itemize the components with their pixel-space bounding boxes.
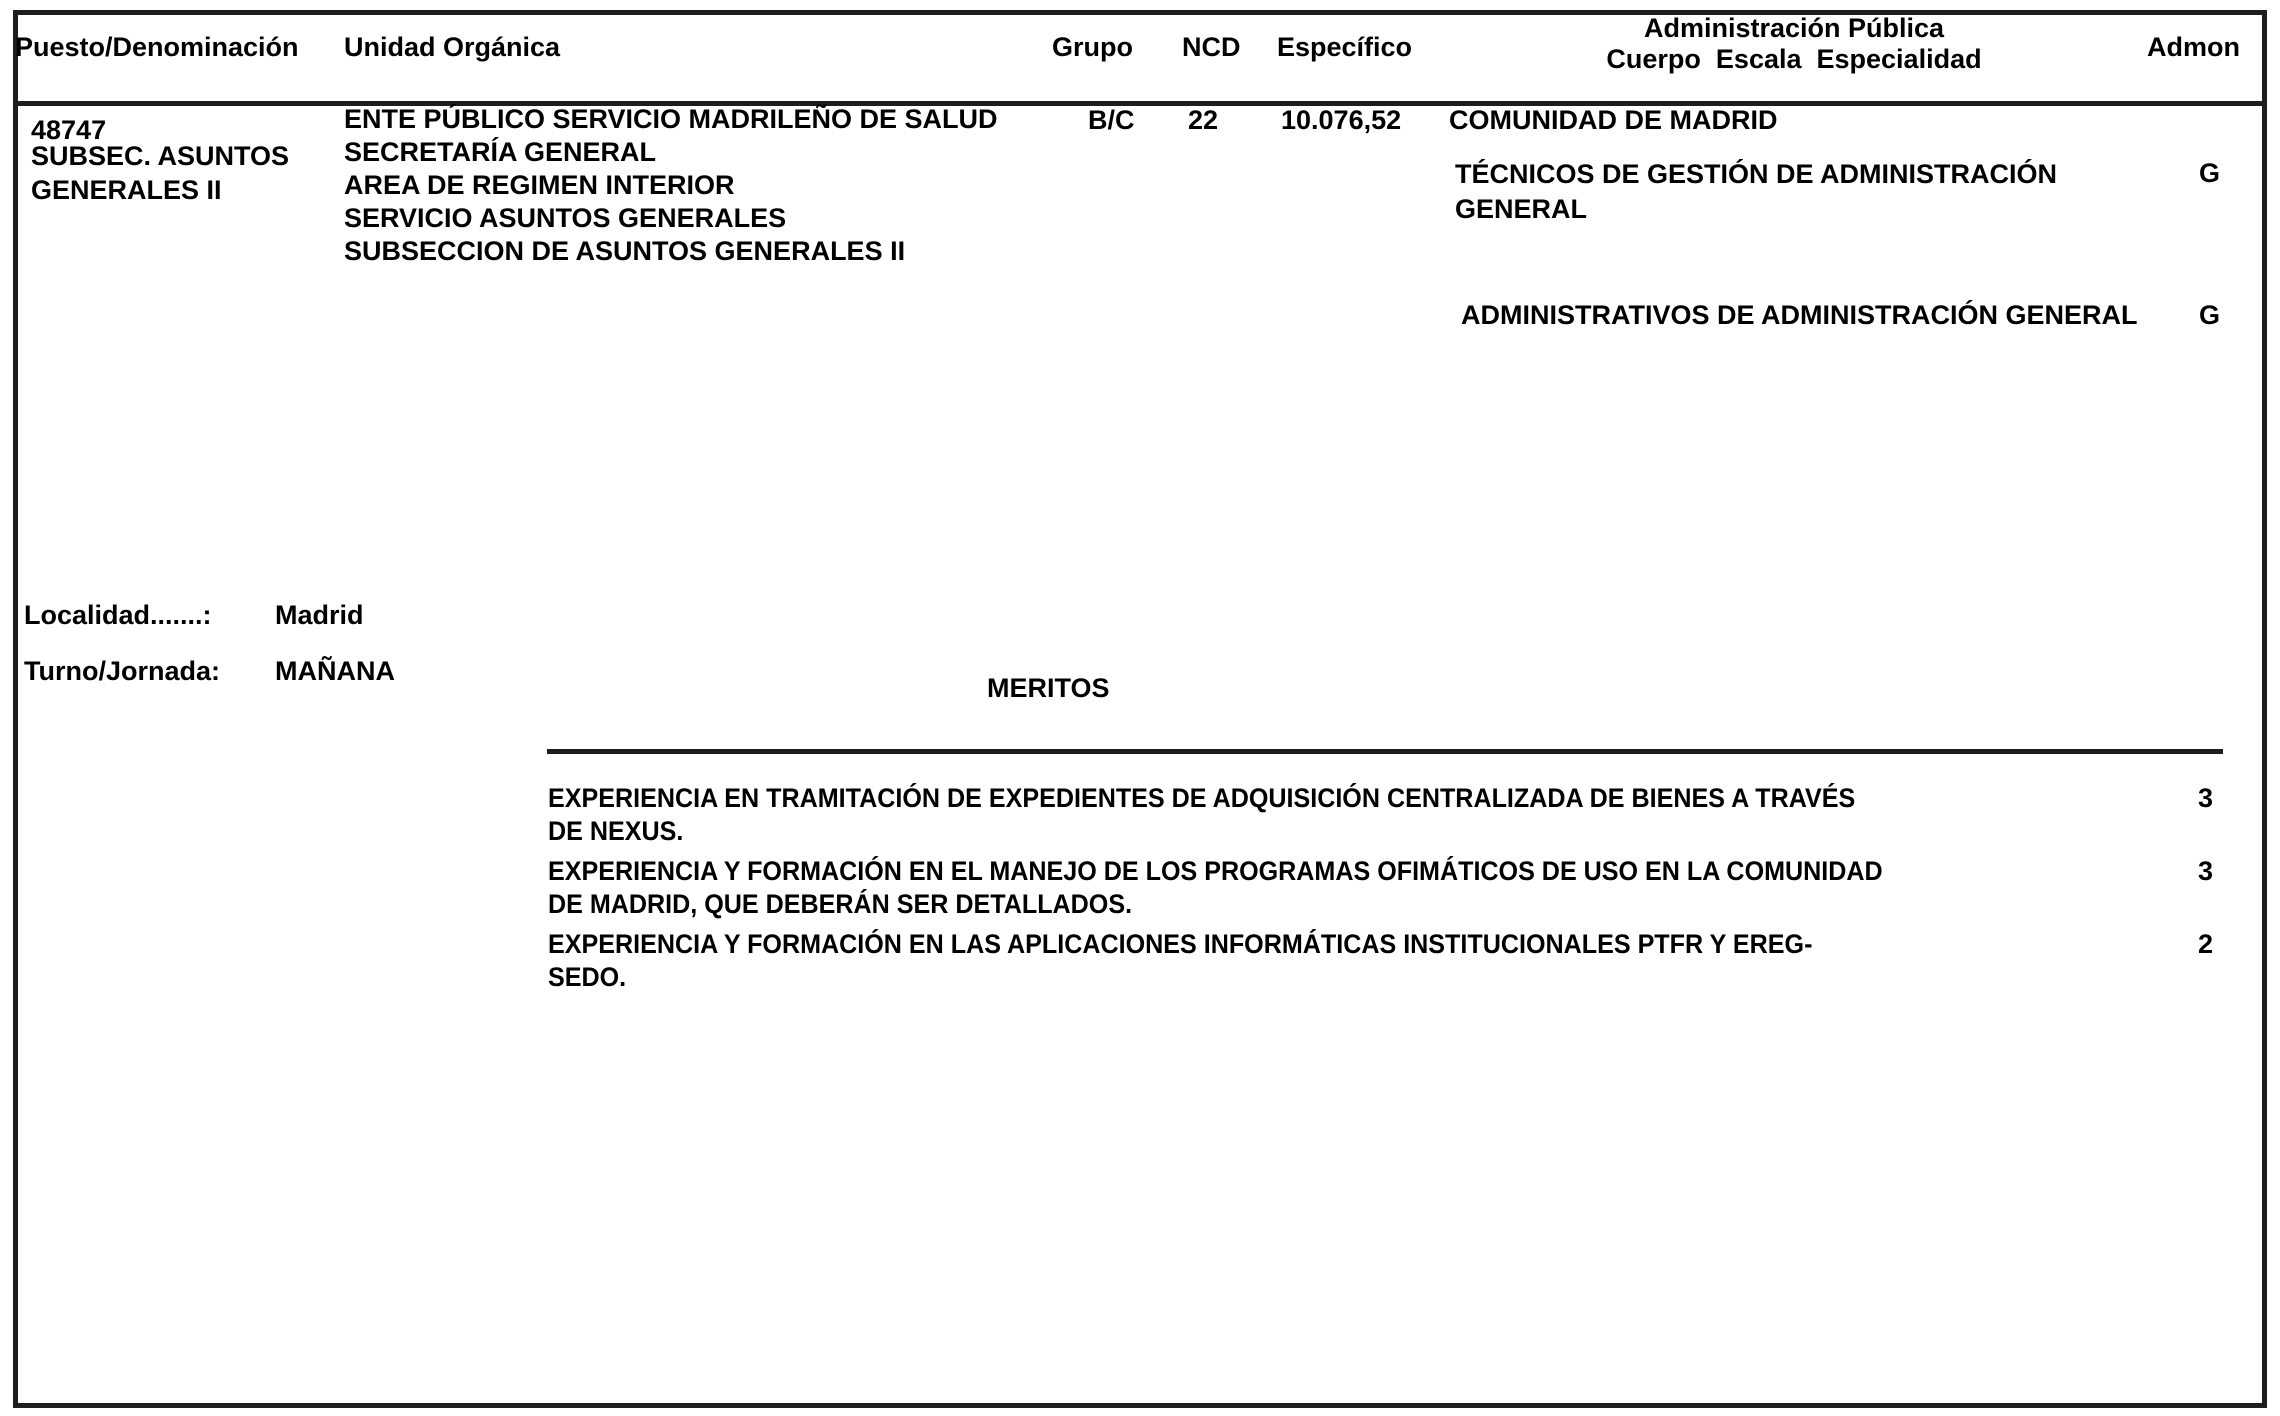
cuerpo-line: GENERAL: [1455, 192, 2057, 227]
denominacion-line: SUBSEC. ASUNTOS: [31, 139, 289, 173]
unidad-line: AREA DE REGIMEN INTERIOR: [344, 169, 998, 202]
header-especifico: Específico: [1277, 31, 1412, 64]
merito-line: SEDO.: [548, 961, 1943, 994]
merito-line: DE NEXUS.: [548, 815, 1943, 848]
unidad-line: ENTE PÚBLICO SERVICIO MADRILEÑO DE SALUD: [344, 103, 998, 136]
unidad-line: SERVICIO ASUNTOS GENERALES: [344, 202, 998, 235]
merito-score: 2: [2198, 928, 2213, 961]
cuerpo-item: TÉCNICOS DE GESTIÓN DE ADMINISTRACIÓN GE…: [1455, 157, 2057, 227]
header-ncd: NCD: [1182, 31, 1241, 64]
header-unidad-organica: Unidad Orgánica: [344, 31, 560, 64]
merito-item: EXPERIENCIA Y FORMACIÓN EN LAS APLICACIO…: [548, 928, 2048, 994]
ncd-value: 22: [1188, 104, 1218, 137]
denominacion-line: GENERALES II: [31, 173, 289, 207]
header-puesto-denominacion: Puesto/Denominación: [15, 31, 299, 64]
merito-item: EXPERIENCIA EN TRAMITACIÓN DE EXPEDIENTE…: [548, 782, 2048, 848]
localidad-value: Madrid: [275, 599, 364, 632]
merito-line: EXPERIENCIA Y FORMACIÓN EN EL MANEJO DE …: [548, 855, 1943, 888]
puesto-denominacion: SUBSEC. ASUNTOS GENERALES II: [31, 139, 289, 207]
header-admon: Admon: [2147, 31, 2240, 64]
turno-value: MAÑANA: [275, 655, 395, 688]
cuerpo-item: ADMINISTRATIVOS DE ADMINISTRACIÓN GENERA…: [1461, 299, 2138, 332]
turno-label: Turno/Jornada:: [24, 655, 220, 688]
unidad-organica: ENTE PÚBLICO SERVICIO MADRILEÑO DE SALUD…: [344, 103, 998, 268]
unidad-line: SECRETARÍA GENERAL: [344, 136, 998, 169]
header-grupo: Grupo: [1052, 31, 1133, 64]
especifico-value: 10.076,52: [1281, 104, 1401, 137]
cuerpo-admon: G: [2199, 157, 2220, 190]
administracion-publica-value: COMUNIDAD DE MADRID: [1449, 104, 1777, 137]
localidad-label: Localidad.......:: [24, 599, 212, 632]
grupo-value: B/C: [1088, 104, 1135, 137]
merito-item: EXPERIENCIA Y FORMACIÓN EN EL MANEJO DE …: [548, 855, 2048, 921]
cuerpo-line: TÉCNICOS DE GESTIÓN DE ADMINISTRACIÓN: [1455, 157, 2057, 192]
merito-line: EXPERIENCIA Y FORMACIÓN EN LAS APLICACIO…: [548, 928, 1943, 961]
merito-line: DE MADRID, QUE DEBERÁN SER DETALLADOS.: [548, 888, 1943, 921]
merito-score: 3: [2198, 855, 2213, 888]
header-cuerpo-escala-especialidad: Cuerpo Escala Especialidad: [1594, 43, 1994, 76]
meritos-title: MERITOS: [987, 672, 1110, 705]
header-administracion-publica: Administración Pública: [1594, 12, 1994, 45]
meritos-divider: [547, 749, 2223, 754]
cuerpo-admon: G: [2199, 299, 2220, 332]
merito-line: EXPERIENCIA EN TRAMITACIÓN DE EXPEDIENTE…: [548, 782, 1943, 815]
merito-score: 3: [2198, 782, 2213, 815]
unidad-line: SUBSECCION DE ASUNTOS GENERALES II: [344, 235, 998, 268]
